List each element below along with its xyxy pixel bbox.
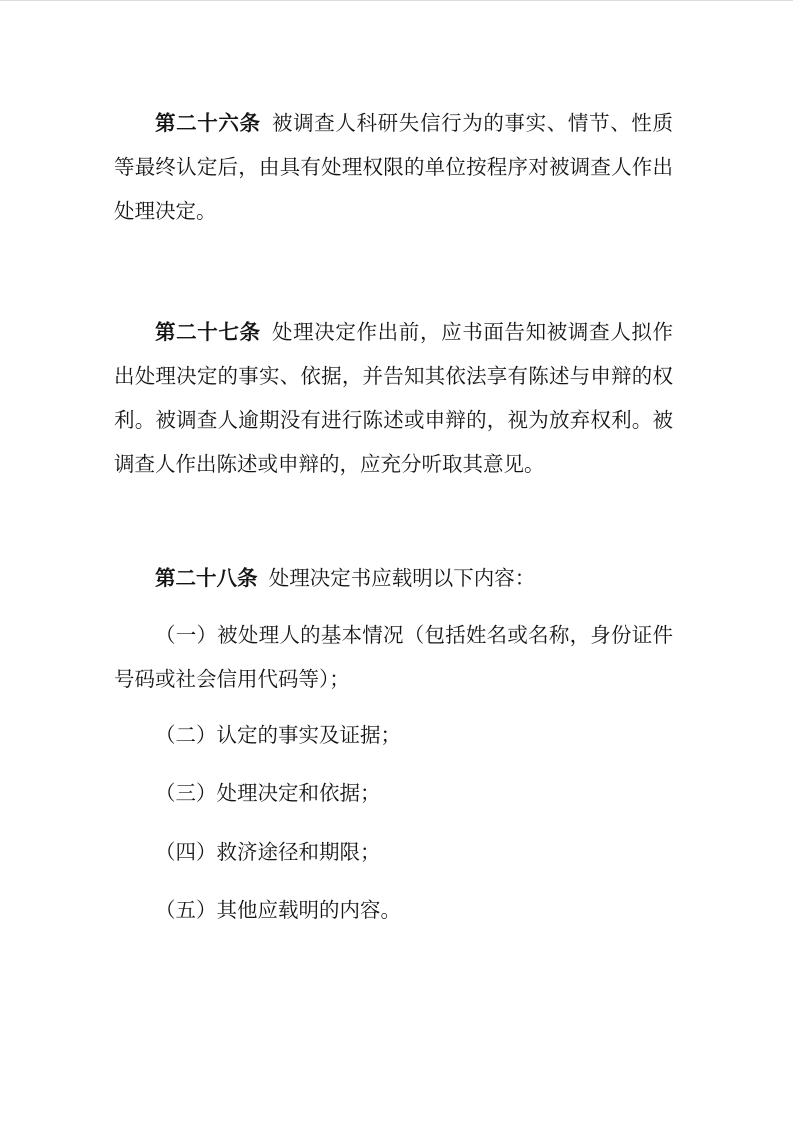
article-27-paragraph: 第二十七条处理决定作出前，应书面告知被调查人拟作出处理决定的事实、依据，并告知其… <box>114 311 673 487</box>
list-item-1: （一）被处理人的基本情况（包括姓名或名称，身份证件号码或社会信用代码等）； <box>114 614 673 702</box>
article-27-number: 第二十七条 <box>155 322 261 344</box>
list-item-4: （四）救济途径和期限； <box>114 831 673 875</box>
list-item-3: （三）处理决定和依据； <box>114 772 673 816</box>
article-28-text: 处理决定书应载明以下内容： <box>269 568 536 590</box>
document-page: 第二十六条被调查人科研失信行为的事实、情节、性质等最终认定后，由具有处理权限的单… <box>0 0 793 1122</box>
list-item-2: （二）认定的事实及证据； <box>114 714 673 758</box>
article-28-paragraph: 第二十八条处理决定书应载明以下内容： <box>114 557 673 601</box>
article-26-paragraph: 第二十六条被调查人科研失信行为的事实、情节、性质等最终认定后，由具有处理权限的单… <box>114 102 673 234</box>
list-item-5: （五）其他应载明的内容。 <box>114 889 673 933</box>
article-27-text: 处理决定作出前，应书面告知被调查人拟作出处理决定的事实、依据，并告知其依法享有陈… <box>114 322 673 476</box>
article-26-number: 第二十六条 <box>155 113 261 135</box>
article-28-number: 第二十八条 <box>155 568 258 590</box>
